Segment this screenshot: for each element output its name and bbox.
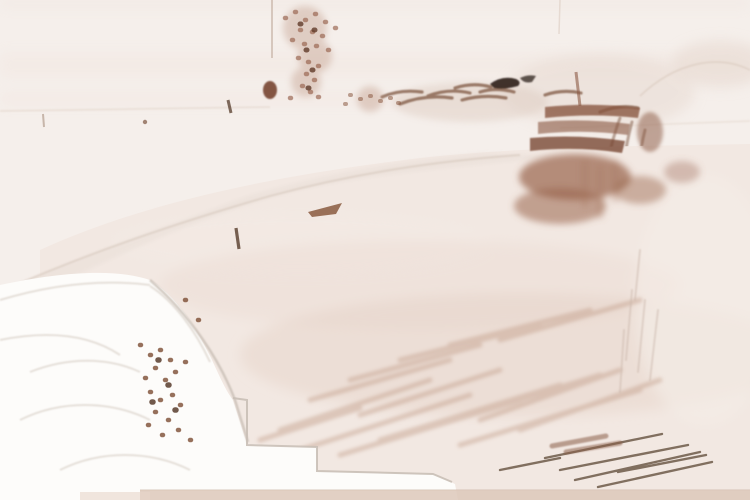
painting-canvas bbox=[0, 0, 750, 500]
distant-post-icon bbox=[43, 114, 44, 127]
faded-pond-painting bbox=[0, 0, 750, 500]
tree-dark-accent bbox=[263, 81, 277, 99]
bottom-strip bbox=[80, 490, 750, 500]
vertical-scratch bbox=[559, 0, 560, 34]
distant-figure-icon bbox=[143, 120, 147, 124]
